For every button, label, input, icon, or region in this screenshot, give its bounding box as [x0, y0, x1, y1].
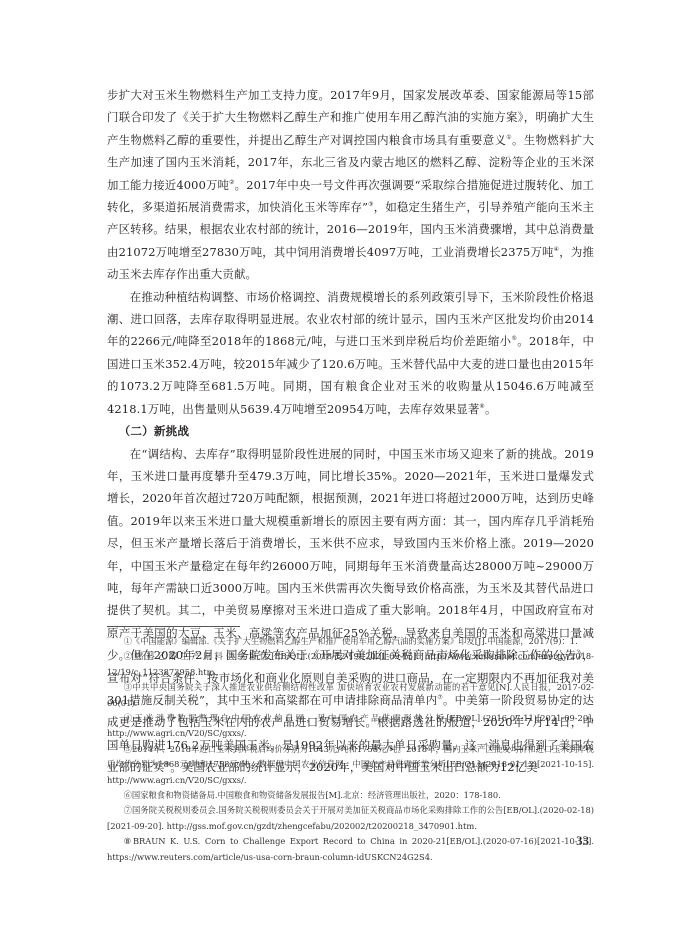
paragraph-text: 。 — [485, 402, 497, 416]
footnotes: ①《中国能源》编辑部.《关于扩大生物燃料乙醇生产和推广使用车用乙醇汽油的实施方案… — [107, 634, 594, 865]
footnote-text: 国务院关税税则委员会.国务院关税税则委员会关于开展对美加征关税商品市场化采购排除… — [107, 805, 594, 830]
footnote-text: 玉米消费数据整理自中国农业信息网，见中国农产品供需形势分析[EB/OL].(20… — [107, 713, 594, 738]
footnote-separator — [107, 626, 240, 627]
footnote-text: BRAUN K. U.S. Corn to Challenge Export R… — [107, 836, 594, 861]
footnote-item: ①《中国能源》编辑部.《关于扩大生物燃料乙醇生产和推广使用车用乙醇汽油的实施方案… — [107, 634, 594, 649]
document-page: 步扩大对玉米生物燃料生产加工支持力度。2017年9月，国家发展改革委、国家能源局… — [0, 0, 700, 943]
footnote-mark: ⑤ — [124, 744, 132, 754]
footnote-text: 燃料乙醇生产原料供给堪忧[EB/OL].(2018-12-19)[2021-09… — [107, 651, 594, 676]
footnote-mark: ① — [124, 636, 132, 646]
footnote-mark: ⑦ — [124, 805, 132, 815]
footnote-item: ③中共中央国务院关于深入推进农业供给侧结构性改革 加快培育农业农村发展新动能的若… — [107, 680, 594, 711]
page-number: 33 — [576, 833, 589, 849]
footnote-item: ②燃料乙醇生产原料供给堪忧[EB/OL].(2018-12-19)[2021-0… — [107, 649, 594, 680]
footnote-item: ⑤2014年、2018年进口玉米到岸税后均价分别为1643元/吨和1758元/吨… — [107, 742, 594, 788]
footnote-item: ④玉米消费数据整理自中国农业信息网，见中国农产品供需形势分析[EB/OL].(2… — [107, 711, 594, 742]
section-heading: （二）新挑战 — [107, 420, 594, 442]
footnote-text: 2014年、2018年进口玉米到岸税后均价分别为1643元/吨和1758元/吨。… — [107, 744, 594, 785]
footnote-text: 中共中央国务院关于深入推进农业供给侧结构性改革 加快培育农业农村发展新动能的若干… — [107, 682, 594, 707]
footnote-mark: ⑥ — [124, 790, 132, 800]
footnote-mark: ② — [124, 651, 135, 661]
footnote-item: ⑥国家粮食和物资储备局.中国粮食和物资储备发展报告[M].北京：经济管理出版社，… — [107, 788, 594, 803]
footnote-item: ⑦国务院关税税则委员会.国务院关税税则委员会关于开展对美加征关税商品市场化采购排… — [107, 803, 594, 834]
footnote-mark: ⑧ — [124, 836, 133, 846]
paragraph: 步扩大对玉米生物燃料生产加工支持力度。2017年9月，国家发展改革委、国家能源局… — [107, 84, 594, 286]
footnote-item: ⑧BRAUN K. U.S. Corn to Challenge Export … — [107, 834, 594, 865]
paragraphs-before-heading: 步扩大对玉米生物燃料生产加工支持力度。2017年9月，国家发展改革委、国家能源局… — [107, 84, 594, 420]
footnote-text: 国家粮食和物资储备局.中国粮食和物资储备发展报告[M].北京：经济管理出版社，2… — [132, 790, 501, 800]
footnote-mark: ④ — [124, 713, 135, 723]
paragraph: 在推动种植结构调整、市场价格调控、消费规模增长的系列政策引导下，玉米阶段性价格退… — [107, 286, 594, 420]
footnote-text: 《中国能源》编辑部.《关于扩大生物燃料乙醇生产和推广使用车用乙醇汽油的实施方案》… — [132, 636, 578, 646]
